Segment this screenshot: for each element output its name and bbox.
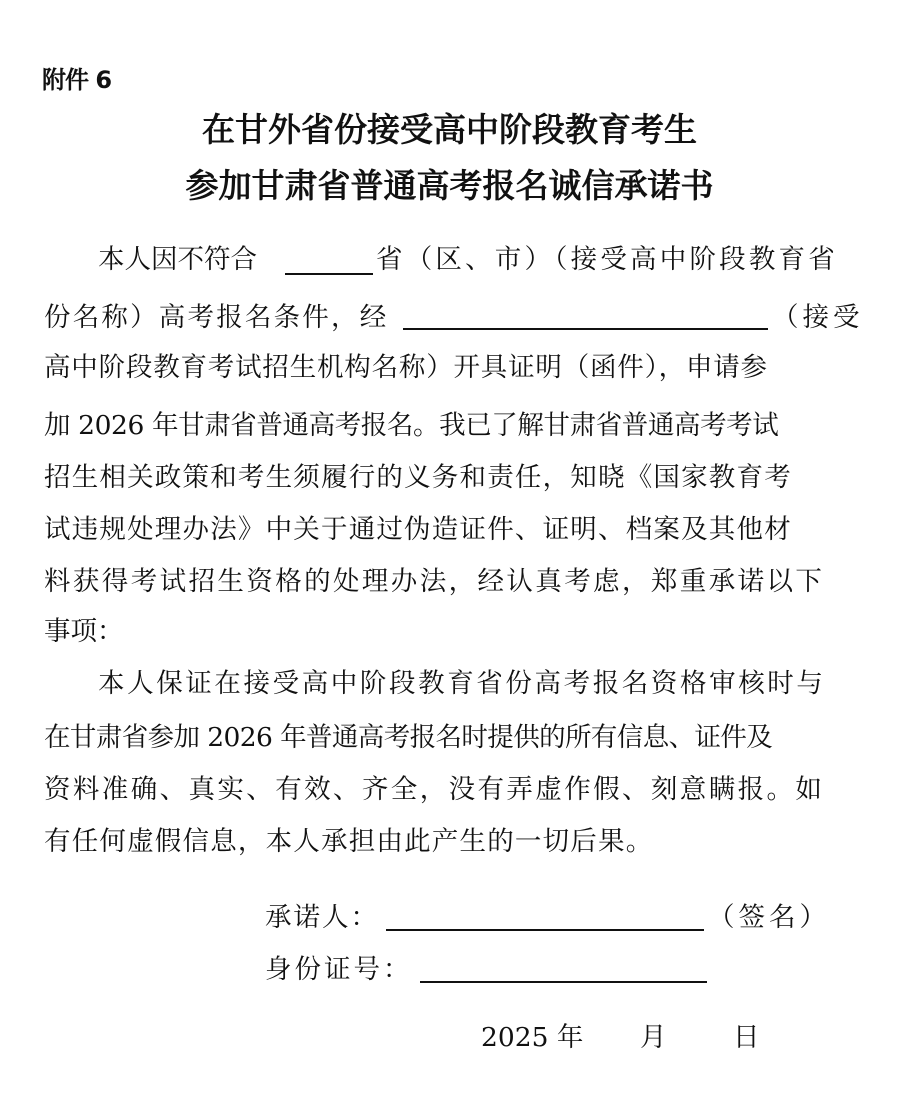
p2-line3: 资料准确、真实、有效、齐全，没有弄虚作假、刻意瞒报。如 bbox=[44, 770, 824, 810]
promisor-label: 承诺人： bbox=[265, 898, 379, 938]
sign-note: （签名） bbox=[708, 898, 830, 938]
province-blank[interactable] bbox=[285, 273, 373, 275]
p1-line3: 高中阶段教育考试招生机构名称）开具证明（函件），申请参 bbox=[44, 348, 768, 388]
date-month: 月 bbox=[640, 1018, 667, 1058]
p2-line2: 在甘肃省参加 2026 年普通高考报名时提供的所有信息、证件及 bbox=[44, 718, 772, 758]
attachment-label: 附件 6 bbox=[42, 60, 111, 95]
promisor-signature-field[interactable] bbox=[386, 929, 704, 931]
p2-line4: 有任何虚假信息，本人承担由此产生的一切后果。 bbox=[44, 822, 653, 862]
document-title-line-1: 在甘外省份接受高中阶段教育考生 bbox=[0, 104, 899, 151]
p1-line5: 招生相关政策和考生须履行的义务和责任，知晓《国家教育考 bbox=[44, 458, 792, 498]
p1-line2-start: 份名称）高考报名条件，经 bbox=[44, 298, 388, 338]
id-number-label: 身份证号： bbox=[265, 950, 413, 990]
p1-line1-start: 本人因不符合 bbox=[98, 240, 257, 280]
id-number-field[interactable] bbox=[420, 981, 707, 983]
date-year: 2025 年 bbox=[481, 1018, 583, 1058]
p2-line1: 本人保证在接受高中阶段教育省份高考报名资格审核时与 bbox=[98, 664, 826, 704]
p1-line4: 加 2026 年甘肃省普通高考报名。我已了解甘肃省普通高考考试 bbox=[44, 406, 778, 446]
p1-line2-end: （接受 bbox=[772, 298, 864, 338]
p1-line1-end: 省（区、市）（接受高中阶段教育省 bbox=[376, 240, 838, 280]
institution-blank[interactable] bbox=[403, 328, 768, 330]
p1-line7: 料获得考试招生资格的处理办法，经认真考虑，郑重承诺以下 bbox=[44, 562, 824, 602]
document-title-line-2: 参加甘肃省普通高考报名诚信承诺书 bbox=[0, 160, 899, 207]
p1-line6: 试违规处理办法》中关于通过伪造证件、证明、档案及其他材 bbox=[44, 510, 792, 550]
p1-line8: 事项： bbox=[44, 612, 124, 652]
date-day: 日 bbox=[733, 1018, 760, 1058]
